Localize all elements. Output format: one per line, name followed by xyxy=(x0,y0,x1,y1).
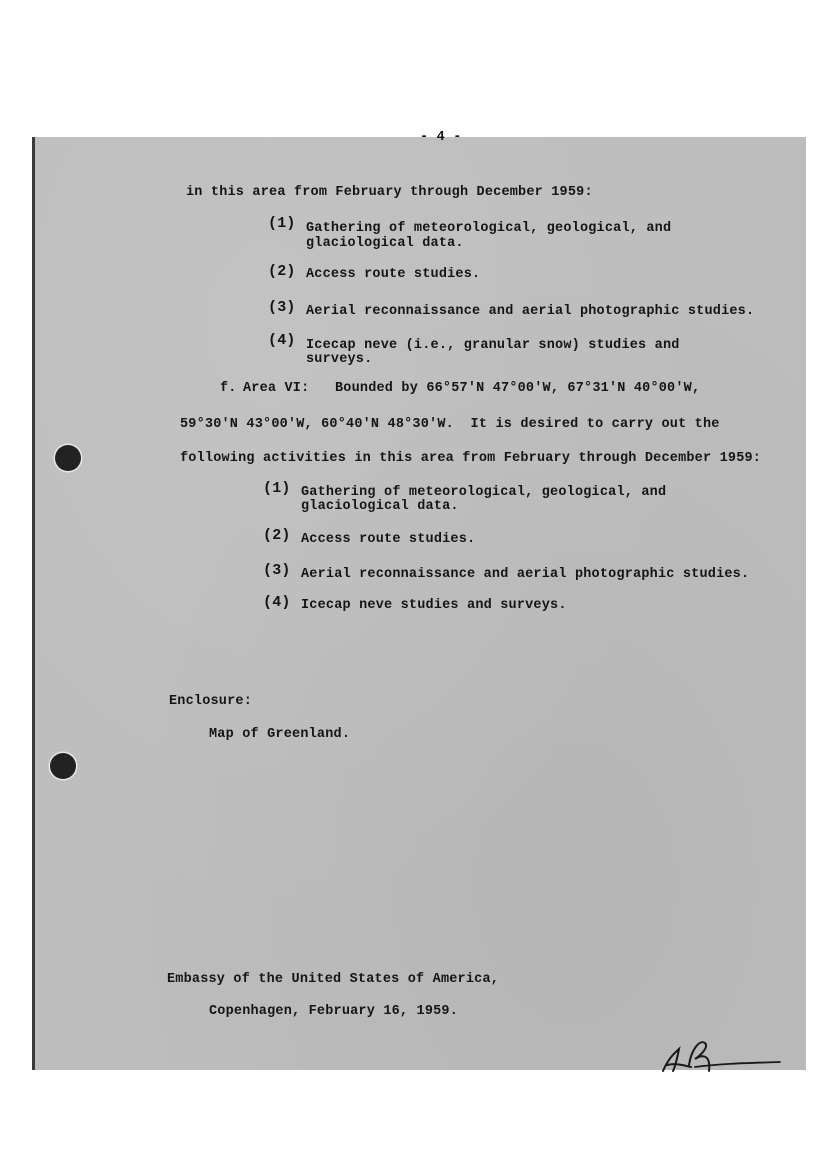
list-item-text: glaciological data. xyxy=(301,499,459,515)
section-f-title: Area VI: xyxy=(243,381,309,397)
signature-initials xyxy=(655,1035,785,1075)
section-f-line1: Bounded by 66°57'N 47°00'W, 67°31'N 40°0… xyxy=(335,381,700,397)
list-item-number: (1) xyxy=(263,481,291,497)
list-item-text: Aerial reconnaissance and aerial photogr… xyxy=(306,304,754,320)
closing-place-date: Copenhagen, February 16, 1959. xyxy=(209,1004,458,1020)
page-number: - 4 - xyxy=(420,130,462,146)
list-item-number: (2) xyxy=(263,528,291,544)
list-item-text: Access route studies. xyxy=(301,532,475,548)
enclosure-label: Enclosure: xyxy=(169,694,252,710)
list-item-number: (2) xyxy=(268,264,296,280)
list-item-text: Icecap neve studies and surveys. xyxy=(301,598,567,614)
punch-hole-bottom xyxy=(50,753,76,779)
list-item-text: surveys. xyxy=(306,352,372,368)
punch-hole-top xyxy=(55,445,81,471)
list-item-text: glaciological data. xyxy=(306,236,464,252)
enclosure-item: Map of Greenland. xyxy=(209,727,350,743)
list-item-text: Access route studies. xyxy=(306,267,480,283)
list-item-number: (1) xyxy=(268,216,296,232)
list-item-number: (3) xyxy=(263,563,291,579)
list-item-text: Aerial reconnaissance and aerial photogr… xyxy=(301,567,749,583)
list-item-number: (4) xyxy=(268,333,296,349)
section-f-line2: 59°30'N 43°00'W, 60°40'N 48°30'W. It is … xyxy=(180,417,720,433)
list-item-text: Gathering of meteorological, geological,… xyxy=(306,221,671,237)
list-item-number: (3) xyxy=(268,300,296,316)
closing-sender: Embassy of the United States of America, xyxy=(167,972,499,988)
section-f-label: f. xyxy=(220,381,237,397)
section-e-intro: in this area from February through Decem… xyxy=(186,185,593,201)
list-item-number: (4) xyxy=(263,595,291,611)
section-f-line3: following activities in this area from F… xyxy=(180,451,761,467)
